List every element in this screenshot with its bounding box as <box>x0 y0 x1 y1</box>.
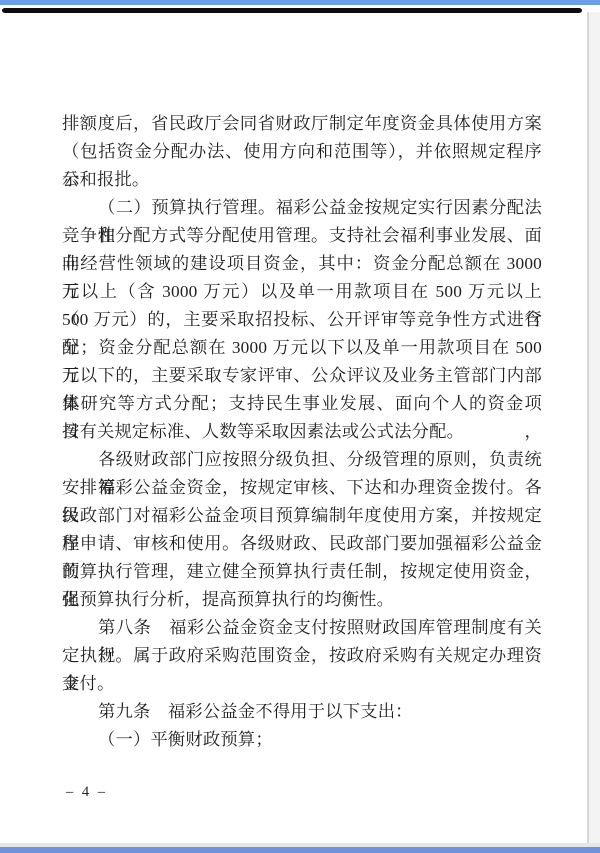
text-line: 定执行。属于政府采购范围资金，按政府采购有关规定办理资金 <box>62 642 542 670</box>
text-line: （二）预算执行管理。福彩公益金按规定实行因素分配法和 <box>62 194 542 222</box>
text-line: 预算执行管理，建立健全预算执行责任制，按规定使用资金，强 <box>62 558 542 586</box>
text-line: （包括资金分配办法、使用方向和范围等），并依照规定程序公 <box>62 138 542 166</box>
text-line: 序申请、审核和使用。各级财政、民政部门要加强福彩公益金的 <box>62 530 542 558</box>
viewer-top-bar <box>0 0 600 5</box>
text-line: 竞争性分配方式等分配使用管理。支持社会福利事业发展、面向 <box>62 222 542 250</box>
text-line: 500 万元）的，主要采取招投标、公开评审等竞争性方式进行分 <box>62 306 542 334</box>
text-line: 排额度后，省民政厅会同省财政厅制定年度资金具体使用方案 <box>62 110 542 138</box>
page-number: – 4 – <box>66 784 108 801</box>
text-line: 化预算执行分析，提高预算执行的均衡性。 <box>62 586 542 614</box>
text-line: 安排福彩公益金资金，按规定审核、下达和办理资金拨付。各级 <box>62 474 542 502</box>
page-right-margin <box>589 12 600 843</box>
text-line: 示和报批。 <box>62 166 542 194</box>
text-line: （一）平衡财政预算； <box>62 726 542 754</box>
text-line: 配；资金分配总额在 3000 万元以下以及单一用款项目在 500 万 <box>62 334 542 362</box>
text-line: 元以上（含 3000 万元）以及单一用款项目在 500 万元以上（含 <box>62 278 542 306</box>
text-line: 体研究等方式分配；支持民生事业发展、面向个人的资金项目， <box>62 390 542 418</box>
document-text: 排额度后，省民政厅会同省财政厅制定年度资金具体使用方案 （包括资金分配办法、使用… <box>62 110 542 754</box>
text-line: 元以下的，主要采取专家评审、公众评议及业务主管部门内部集 <box>62 362 542 390</box>
text-line: 各级财政部门应按照分级负担、分级管理的原则，负责统筹 <box>62 446 542 474</box>
text-line: 支付。 <box>62 670 542 698</box>
scanned-document-page: 排额度后，省民政厅会同省财政厅制定年度资金具体使用方案 （包括资金分配办法、使用… <box>0 0 600 853</box>
text-line: 民政部门对福彩公益金项目预算编制年度使用方案，并按规定程 <box>62 502 542 530</box>
scan-edge-artifact <box>2 8 582 13</box>
text-line: 第八条 福彩公益金资金支付按照财政国库管理制度有关规 <box>62 614 542 642</box>
text-line: 非经营性领域的建设项目资金，其中：资金分配总额在 3000 万 <box>62 250 542 278</box>
viewer-bottom-bar <box>0 847 600 853</box>
text-line: 第九条 福彩公益金不得用于以下支出： <box>62 698 542 726</box>
